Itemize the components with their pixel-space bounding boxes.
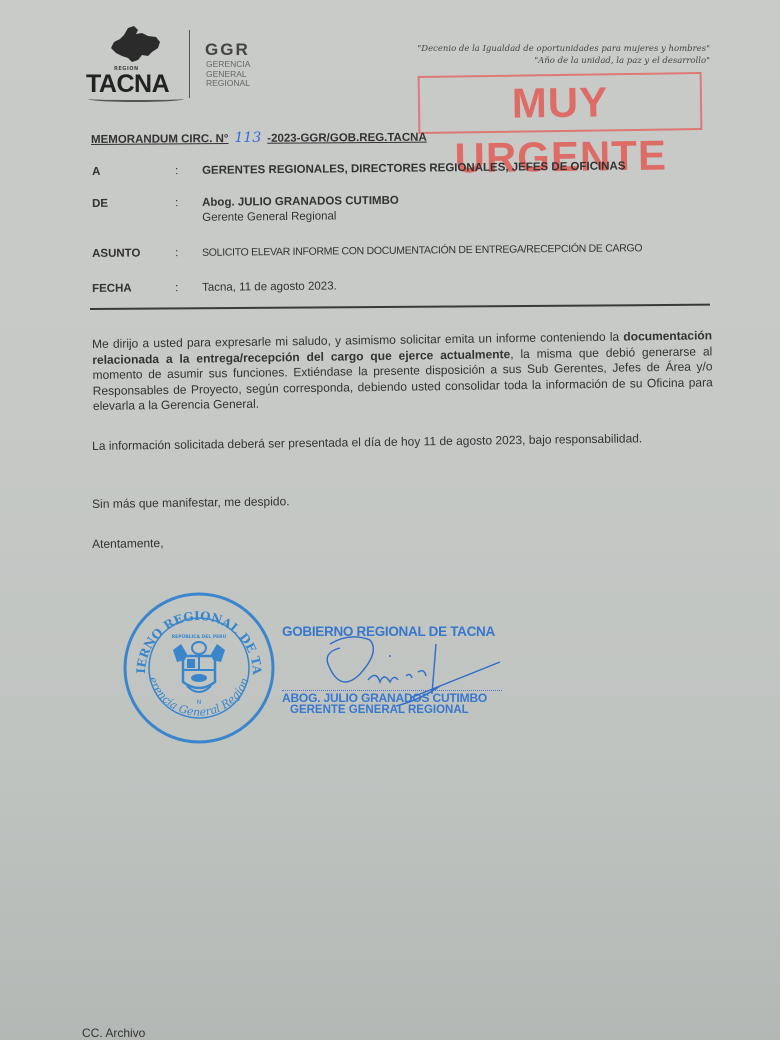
closing-salutation: Atentamente, (92, 528, 712, 552)
logo-divider (189, 30, 190, 98)
field-value: Abog. JULIO GRANADOS CUTIMBO (202, 195, 399, 209)
memo-title-prefix: MEMORANDUM CIRC. N° (91, 133, 229, 146)
field-colon: : (175, 165, 178, 177)
year-motto: "Año de la unidad, la paz y el desarroll… (534, 56, 710, 66)
signature-block: GOBIERNO REGIONAL DE TACNA ABOG. JULIO G… (282, 624, 512, 720)
ggr-subtitle: GERENCIA GENERAL REGIONAL (206, 60, 250, 89)
cc-archive: CC. Archivo (82, 1026, 145, 1040)
memo-title-suffix: -2023-GGR/GOB.REG.TACNA (267, 132, 427, 145)
memo-title: MEMORANDUM CIRC. N°113-2023-GGR/GOB.REG.… (91, 129, 427, 147)
svg-text:N: N (197, 699, 202, 706)
logo-tacna-text: TACNA (86, 70, 169, 99)
ggr-line3: REGIONAL (206, 79, 250, 89)
ggr-acronym: GGR (205, 40, 250, 60)
official-seal-icon: GOBIERNO REGIONAL DE TACNA "Gerencia Gen… (121, 590, 277, 746)
memorandum-document: REGION TACNA GGR GERENCIA GENERAL REGION… (0, 0, 780, 1040)
field-value: Tacna, 11 de agosto 2023. (202, 280, 337, 293)
field-value-role: Gerente General Regional (202, 210, 336, 223)
body-paragraph-3: Sin más que manifestar, me despido. (92, 488, 712, 512)
memo-number-handwritten: 113 (228, 130, 267, 146)
signer-name: ABOG. JULIO GRANADOS CUTIMBO (282, 691, 487, 705)
field-colon: : (175, 247, 178, 259)
field-label: DE (92, 197, 182, 210)
field-colon: : (175, 282, 178, 294)
field-label: A (92, 165, 182, 178)
body-paragraph-1: Me dirijo a usted para expresarle mi sal… (92, 328, 713, 414)
tacna-map-icon (108, 26, 162, 64)
svg-text:REPÚBLICA DEL PERÚ: REPÚBLICA DEL PERÚ (172, 633, 227, 640)
field-value: SOLICITO ELEVAR INFORME CON DOCUMENTACIÓ… (202, 242, 642, 259)
body-paragraph-2: La información solicitada deberá ser pre… (92, 430, 712, 454)
logo-swoosh (88, 96, 184, 102)
signer-role: GERENTE GENERAL REGIONAL (290, 704, 469, 716)
decade-motto: "Decenio de la Igualdad de oportunidades… (417, 44, 710, 54)
field-label: FECHA (92, 282, 182, 295)
urgent-stamp: MUY URGENTE (418, 72, 703, 134)
field-colon: : (175, 197, 178, 209)
header-divider (90, 304, 710, 310)
field-label: ASUNTO (92, 247, 182, 260)
region-tacna-logo: REGION TACNA (86, 26, 186, 98)
